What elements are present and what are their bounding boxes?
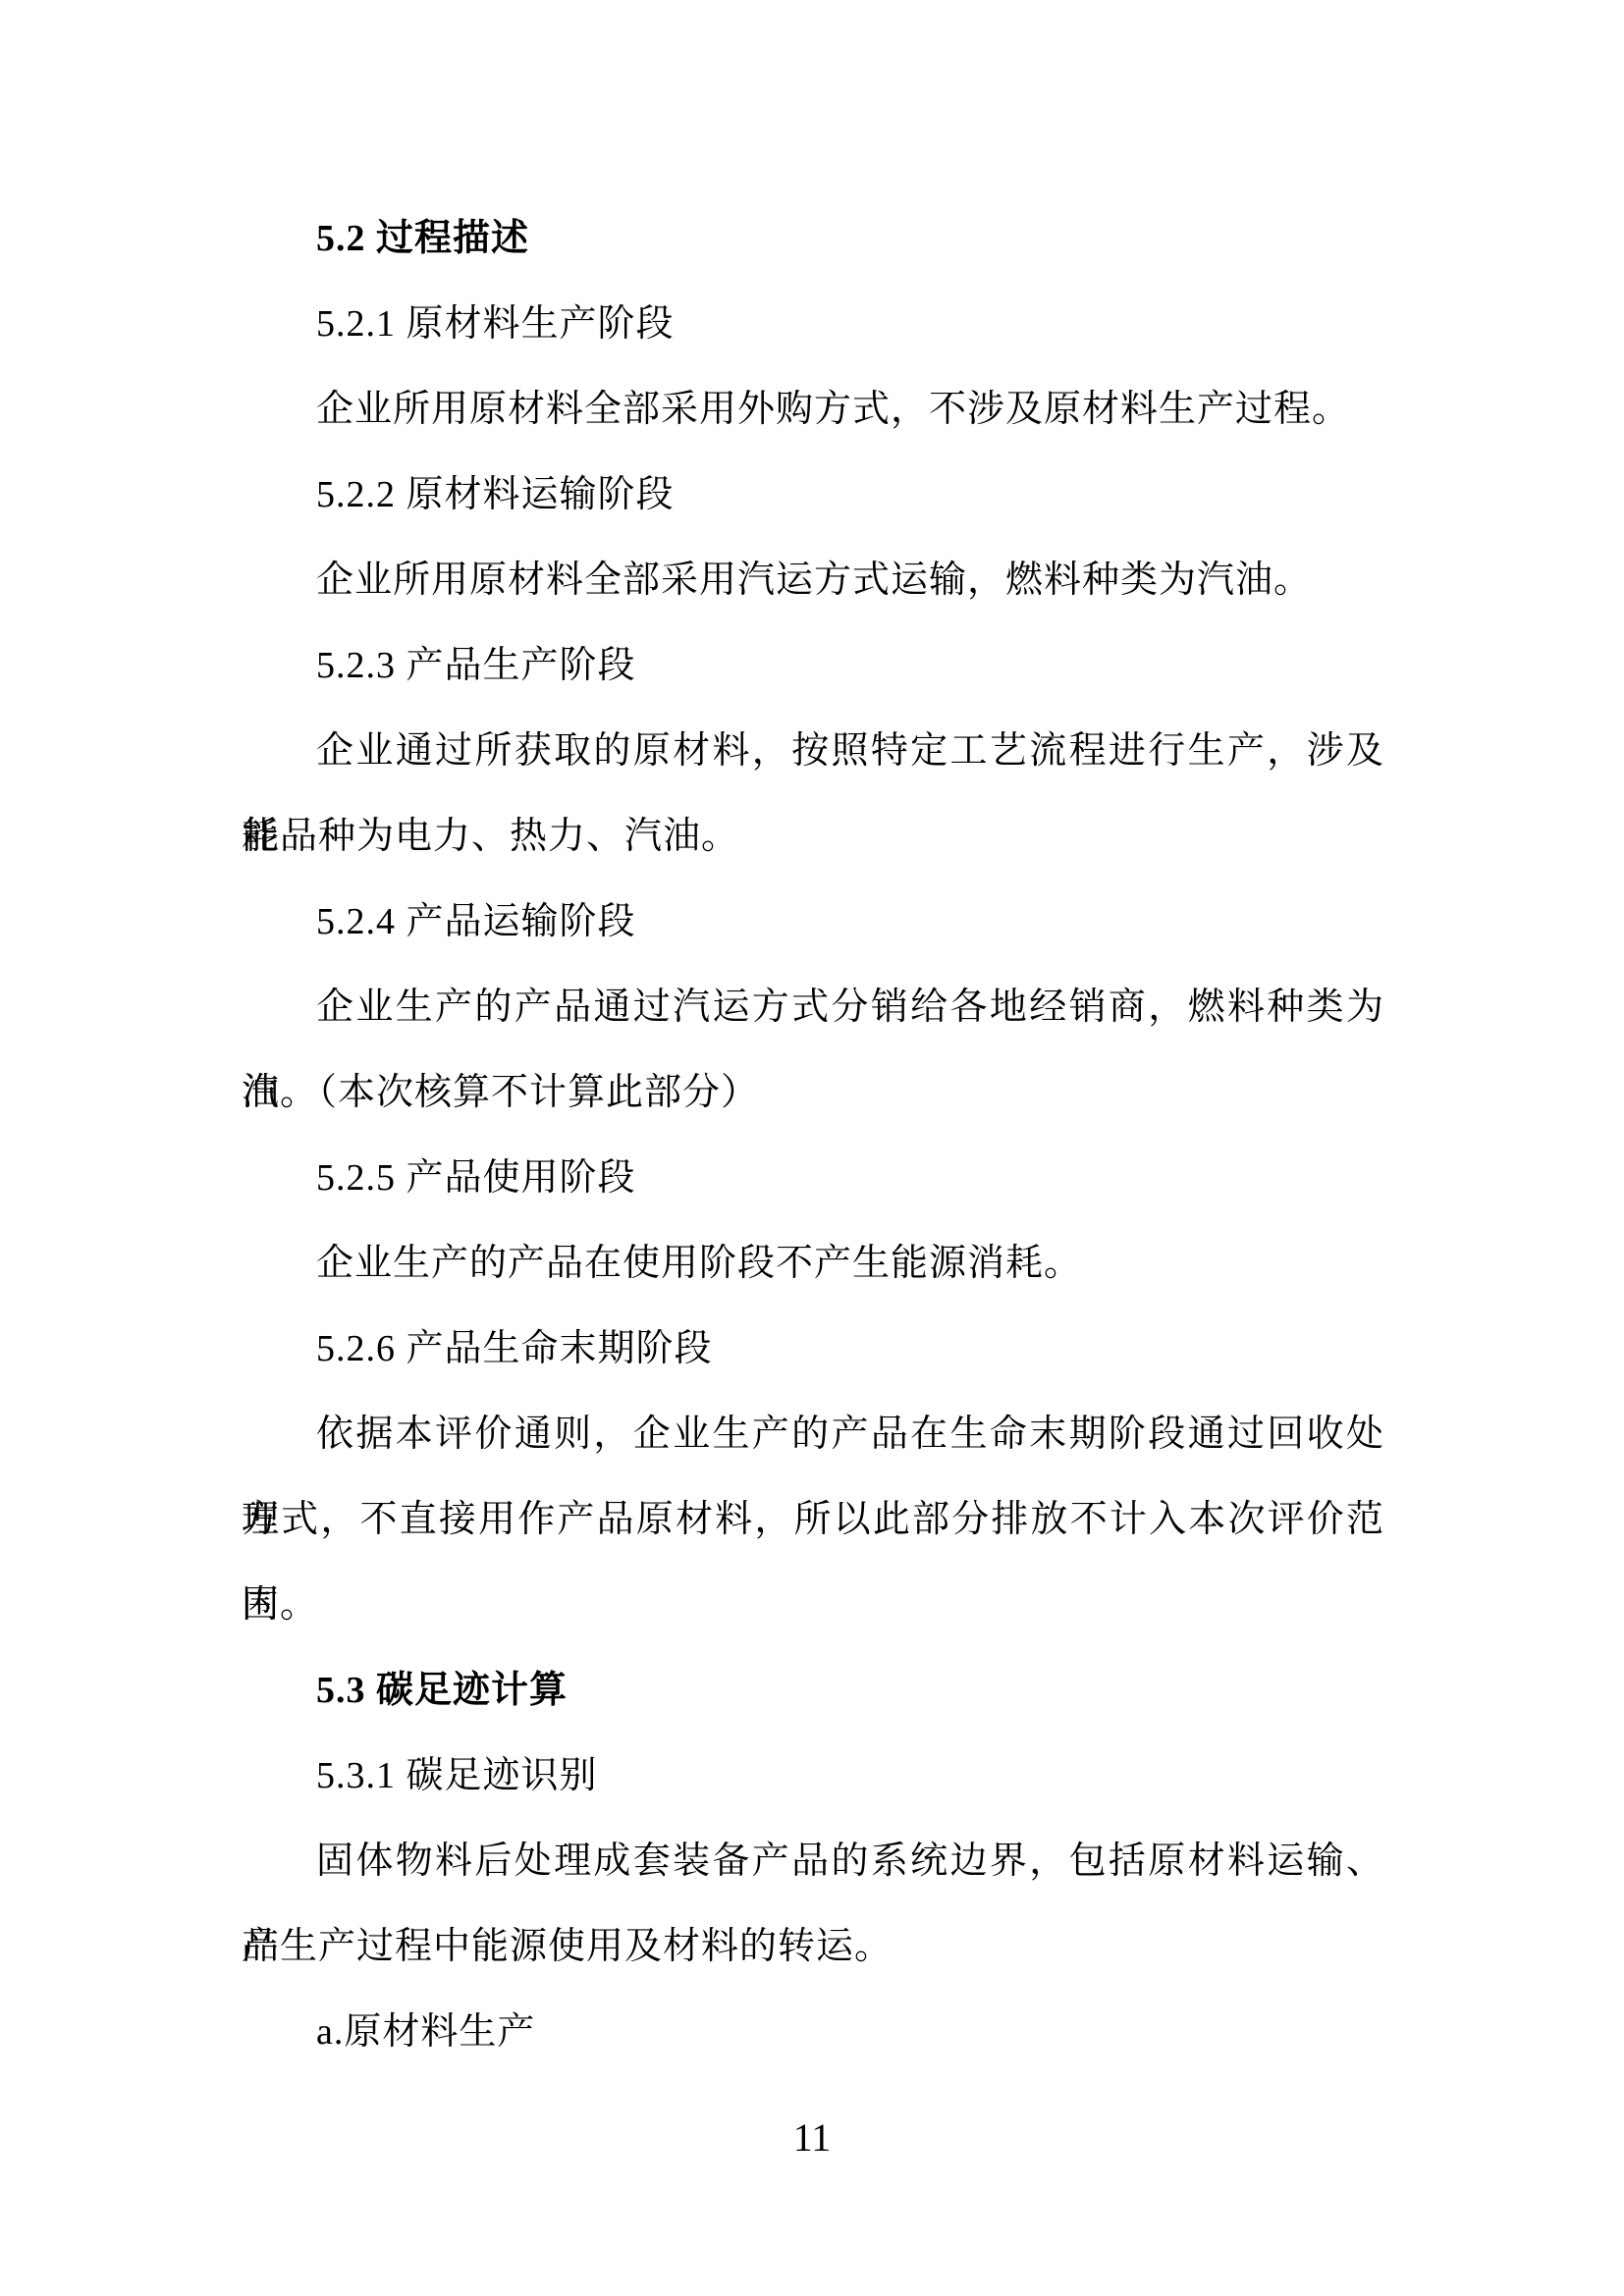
list-item: a.原材料生产 bbox=[242, 1990, 1384, 2075]
body: 油。（本次核算不计算此部分） bbox=[242, 1050, 1384, 1136]
subsection-heading: 5.2.5 产品使用阶段 bbox=[242, 1136, 1384, 1221]
body: 企业所用原材料全部采用汽运方式运输，燃料种类为汽油。 bbox=[242, 538, 1384, 623]
document-lines: 5.2 过程描述5.2.1 原材料生产阶段企业所用原材料全部采用外购方式，不涉及… bbox=[242, 196, 1384, 2075]
body: 企业生产的产品在使用阶段不产生能源消耗。 bbox=[242, 1221, 1384, 1307]
subsection-heading: 5.2.6 产品生命末期阶段 bbox=[242, 1307, 1384, 1392]
subsection-heading: 5.2.3 产品生产阶段 bbox=[242, 623, 1384, 709]
body: 企业所用原材料全部采用外购方式，不涉及原材料生产过程。 bbox=[242, 367, 1384, 453]
subsection-heading: 5.3.1 碳足迹识别 bbox=[242, 1734, 1384, 1819]
subsection-heading: 5.2.4 产品运输阶段 bbox=[242, 880, 1384, 965]
page-number: 11 bbox=[0, 2118, 1624, 2158]
body: 耗品种为电力、热力、汽油。 bbox=[242, 794, 1384, 880]
section-heading: 5.3 碳足迹计算 bbox=[242, 1648, 1384, 1734]
section-heading: 5.2 过程描述 bbox=[242, 196, 1384, 282]
subsection-heading: 5.2.2 原材料运输阶段 bbox=[242, 453, 1384, 538]
subsection-heading: 5.2.1 原材料生产阶段 bbox=[242, 282, 1384, 367]
body: 品生产过程中能源使用及材料的转运。 bbox=[242, 1904, 1384, 1990]
body: 企业通过所获取的原材料，按照特定工艺流程进行生产，涉及能 bbox=[242, 709, 1384, 794]
body: 内。 bbox=[242, 1563, 1384, 1648]
body: 依据本评价通则，企业生产的产品在生命末期阶段通过回收处理 bbox=[242, 1392, 1384, 1477]
body: 企业生产的产品通过汽运方式分销给各地经销商，燃料种类为汽 bbox=[242, 965, 1384, 1050]
document-page: 5.2 过程描述5.2.1 原材料生产阶段企业所用原材料全部采用外购方式，不涉及… bbox=[0, 0, 1624, 2296]
body: 方式，不直接用作产品原材料，所以此部分排放不计入本次评价范围 bbox=[242, 1477, 1384, 1563]
body: 固体物料后处理成套装备产品的系统边界，包括原材料运输、产 bbox=[242, 1819, 1384, 1904]
